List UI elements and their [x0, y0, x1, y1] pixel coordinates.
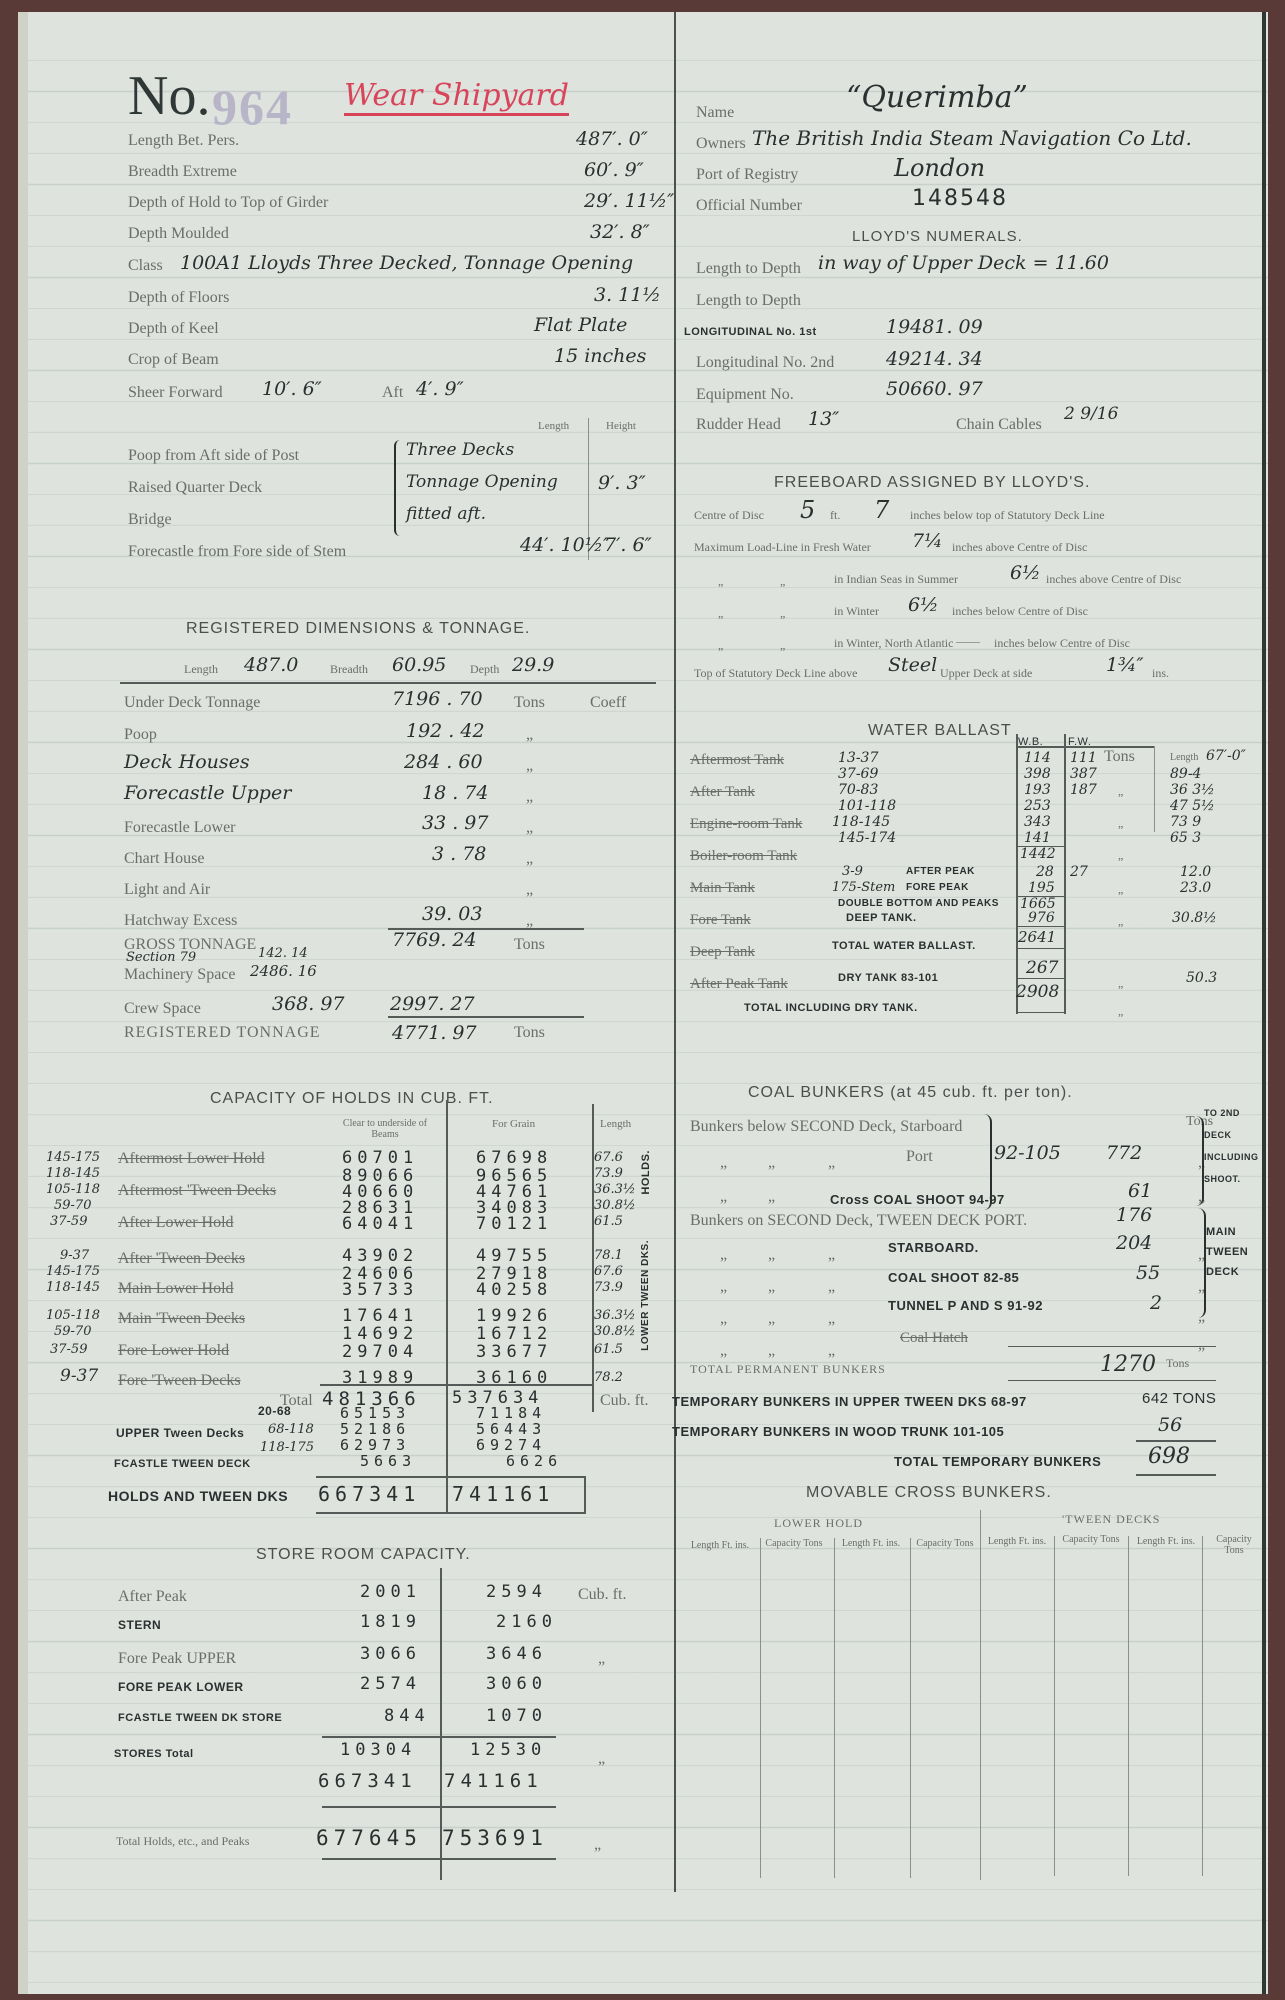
superstructure-height: 7′. 6″ [604, 534, 652, 556]
registered-title: REGISTERED DIMENSIONS & TONNAGE. [186, 620, 530, 638]
frames: 59-70 [54, 1198, 91, 1213]
top-label: Top of Statutory Deck Line above [694, 666, 857, 681]
official-number: 148548 [912, 186, 1008, 211]
fresh-value: 7¼ [912, 530, 943, 552]
col-header: Capacity Tons [914, 1538, 976, 1549]
frames: 9-37 [60, 1366, 98, 1386]
dim-label: Class [128, 257, 163, 275]
holds-tween-sum-label: HOLDS AND TWEEN DKS [108, 1488, 288, 1504]
reg-length-label: Length [184, 662, 218, 677]
rule [1016, 926, 1064, 927]
rule [320, 1384, 592, 1386]
numeral-label: LONGITUDINAL No. 1st [684, 326, 817, 338]
ditto: „ [768, 1188, 775, 1206]
tank-desc: DEEP TANK. [846, 912, 917, 924]
frames: 37-59 [50, 1342, 87, 1357]
clear-value: 29704 [342, 1342, 418, 1362]
numeral-value: 50660. 97 [886, 378, 983, 400]
length-value: 65 3 [1170, 830, 1201, 846]
top-mid: Upper Deck at side [940, 666, 1032, 681]
col-divider [760, 1538, 761, 1878]
rule [316, 1512, 586, 1514]
col-divider [1202, 1536, 1203, 1876]
col-header: Capacity Tons [764, 1538, 824, 1549]
carry-a: 667341 [318, 1770, 417, 1792]
temp-total-value: 698 [1148, 1444, 1190, 1469]
clear-value: 35733 [342, 1280, 418, 1300]
frames: 118-145 [832, 814, 890, 830]
ditto: „ [720, 1342, 727, 1360]
superstructure-length: fitted aft. [406, 504, 486, 524]
rule [388, 1016, 584, 1018]
length-value: 36.3½ [594, 1182, 636, 1197]
numeral-value: 19481. 09 [886, 316, 983, 338]
struck-label: After Lower Hold [118, 1214, 234, 1232]
group-holds-label: HOLDS. [640, 1150, 652, 1195]
coal-on-tons: 176 [1116, 1204, 1152, 1226]
upper-frames: 20-68 [258, 1404, 291, 1418]
dim-label: Depth Moulded [128, 225, 229, 243]
wb-value: 976 [1028, 910, 1055, 926]
col-header: Length Ft. ins. [984, 1536, 1050, 1547]
struck-label: Aftermost Lower Hold [118, 1150, 265, 1168]
store-a: 2001 [360, 1582, 421, 1602]
port-value: London [894, 154, 985, 182]
ditto: „ [780, 574, 785, 589]
indian-tail: inches above Centre of Disc [1046, 572, 1181, 587]
length-value: 67′-0″ [1206, 748, 1246, 764]
ditto: „ [828, 1278, 835, 1296]
tonnage-value: 18 . 74 [422, 782, 488, 804]
store-label: STERN [118, 1618, 161, 1632]
rule [1136, 1440, 1216, 1442]
upper-tween-label: UPPER Tween Decks [116, 1426, 244, 1440]
length-value: 61.5 [594, 1342, 623, 1357]
winter-tail: inches below Centre of Disc [952, 604, 1088, 619]
frames: 105-118 [46, 1182, 100, 1197]
clear-value: 17641 [342, 1306, 418, 1326]
ft-label: ft. [830, 508, 840, 523]
ship-name: “Querimba” [846, 80, 1028, 115]
numeral-label: Length to Depth [696, 260, 801, 278]
struck-label: Engine-room Tank [690, 816, 802, 833]
struck-label: Fore 'Tween Decks [118, 1372, 241, 1390]
wb-value: 253 [1024, 798, 1051, 814]
reg-depth-label: Depth [470, 662, 499, 677]
ditto: „ [828, 1342, 835, 1360]
deductions-value: 2997. 27 [390, 993, 475, 1015]
store-b: 2594 [486, 1582, 547, 1602]
frames: 145-174 [838, 830, 896, 846]
tonnage-label: Hatchway Excess [124, 912, 237, 930]
length-value: 12.0 [1180, 864, 1211, 880]
struck-label: Boiler-room Tank [690, 848, 797, 865]
holds-tween-sum-clear: 667341 [318, 1482, 420, 1506]
length-value: 78.1 [594, 1248, 623, 1263]
superstructure-label: Poop from Aft side of Post [128, 447, 299, 465]
na-label: in Winter, North Atlantic [834, 636, 953, 651]
temp1-label: TEMPORARY BUNKERS IN UPPER TWEEN DKS 68-… [672, 1394, 1027, 1409]
reg-length: 487.0 [244, 654, 298, 676]
col-header: Capacity Tons [1058, 1534, 1124, 1545]
coal-title: COAL BUNKERS (at 45 cub. ft. per ton). [748, 1084, 1073, 1102]
ditto: „ [720, 1188, 727, 1206]
sheer-aft-label: Aft [382, 384, 403, 402]
ditto: „ [828, 1246, 835, 1264]
struck-label: Fore Lower Hold [118, 1342, 229, 1360]
col-divider [834, 1538, 835, 1878]
tonnage-label: Poop [124, 726, 157, 744]
sheer-forward-label: Sheer Forward [128, 384, 223, 402]
col-header: Length Ft. ins. [838, 1538, 904, 1549]
wb-value: 195 [1028, 880, 1055, 896]
grain-value: 16712 [476, 1324, 552, 1344]
stamp-number: 964 [212, 78, 293, 136]
movable-title: MOVABLE CROSS BUNKERS. [806, 1484, 1052, 1502]
col-divider [446, 1100, 448, 1512]
frames: 145-175 [46, 1264, 100, 1279]
superstructure-label: Forecastle from Fore side of Stem [128, 543, 346, 561]
indian-value: 6½ [1010, 562, 1041, 584]
store-a: 1819 [360, 1612, 421, 1632]
tons-unit: Tons [514, 936, 545, 954]
holds-tween-sum-grain: 741161 [452, 1482, 554, 1506]
ditto: „ [768, 1154, 775, 1172]
store-a: 2574 [360, 1674, 421, 1694]
col-divider [910, 1538, 911, 1878]
upper-frames: 118-175 [260, 1440, 314, 1455]
coal-port-frames: 92-105 [994, 1142, 1061, 1164]
name-label: Name [696, 104, 734, 122]
chain-label: Chain Cables [956, 416, 1042, 434]
coal-tunnel-tons: 2 [1150, 1292, 1162, 1314]
length-value: 36.3½ [594, 1308, 636, 1323]
ditto: „ [720, 1154, 727, 1172]
reg-breadth: 60.95 [392, 654, 446, 676]
port-label: Port of Registry [696, 166, 798, 184]
coal-on-label: Bunkers on SECOND Deck, TWEEN DECK PORT. [690, 1212, 1027, 1230]
length-value: 67.6 [594, 1150, 623, 1165]
crew-value: 368. 97 [272, 993, 345, 1015]
length-value: 67.6 [594, 1264, 623, 1279]
rule [1016, 978, 1064, 979]
grand-total-b: 753691 [442, 1826, 548, 1850]
struck-label: Aftermost Tank [690, 752, 784, 769]
dim-value: 29′. 11½″ [584, 190, 674, 212]
brace [1196, 1208, 1206, 1318]
superstructure-height: 9′. 3″ [598, 472, 646, 494]
ditto: „ [780, 606, 785, 621]
ditto: „ [768, 1310, 775, 1328]
length-value: 73.9 [594, 1280, 623, 1295]
ditto: „ [1118, 1004, 1123, 1019]
store-a: 844 [384, 1706, 430, 1726]
length-value: 23.0 [1180, 880, 1211, 896]
dry-tank-value: 267 [1026, 958, 1058, 978]
winter-label: in Winter [834, 604, 879, 619]
length-value: 30.8½ [594, 1198, 636, 1213]
ditto: „ [768, 1246, 775, 1264]
grain-value: 33677 [476, 1342, 552, 1362]
col-clear: Clear to underside of Beams [330, 1118, 440, 1140]
superstructure-length: 44′. 10½″ [520, 534, 610, 556]
superstructure-label: Bridge [128, 511, 172, 529]
net-value: 4771. 97 [392, 1022, 477, 1044]
sheer-forward-value: 10′. 6″ [262, 378, 322, 400]
dim-value: 3. 11½ [594, 284, 661, 306]
dim-label: Depth of Keel [128, 320, 219, 338]
grand-total-label: Total Holds, etc., and Peaks [116, 1834, 249, 1849]
page-left-edge [18, 12, 28, 1994]
ditto: „ [768, 1342, 775, 1360]
stores-total-label: STORES Total [114, 1748, 194, 1760]
page-right-edge [1262, 12, 1266, 1994]
freeboard-title: FREEBOARD ASSIGNED BY LLOYD'S. [774, 474, 1090, 492]
frames: 37-59 [50, 1214, 87, 1229]
dim-value: Flat Plate [534, 314, 627, 336]
rule [316, 1476, 586, 1478]
dim-label: Breadth Extreme [128, 163, 237, 181]
coal-port-tons: 772 [1106, 1142, 1142, 1164]
ditto: „ [720, 1310, 727, 1328]
official-label: Official Number [696, 197, 802, 215]
machinery-value: 2486. 16 [250, 962, 317, 980]
numeral-value: 49214. 34 [886, 348, 983, 370]
struck-label: After 'Tween Decks [118, 1250, 245, 1268]
rule [1008, 1346, 1216, 1347]
fw-value: 387 [1070, 766, 1097, 782]
tonnage-label: Light and Air [124, 881, 210, 899]
ditto: „ [594, 1836, 601, 1854]
struck-label: Main Tank [690, 880, 755, 897]
group-tween-decks: 'TWEEN DECKS [1062, 1512, 1160, 1527]
fw-right-rule [1154, 746, 1155, 832]
fw-value: 187 [1070, 782, 1097, 798]
frames: 175-Stem [832, 880, 895, 895]
tonnage-label: Forecastle Upper [124, 782, 291, 804]
superstructure-length: Three Decks [406, 440, 514, 460]
tonnage-value: 284 . 60 [404, 751, 483, 773]
numeral-value: in way of Upper Deck = 11.60 [818, 252, 1109, 274]
col-height: Height [606, 420, 636, 432]
tank-desc: DOUBLE BOTTOM AND PEAKS [838, 898, 999, 909]
cubft-unit: Cub. ft. [600, 1392, 648, 1410]
frames: 37-69 [838, 766, 878, 782]
tons-unit: Tons [514, 1024, 545, 1042]
ditto: „ [598, 1650, 605, 1668]
tonnage-label: Under Deck Tonnage [124, 694, 260, 712]
rule [322, 1858, 556, 1860]
frames: 118-145 [46, 1280, 100, 1295]
reg-breadth-label: Breadth [330, 662, 368, 677]
total-including-dry-value: 2908 [1016, 982, 1059, 1002]
length-value: 73 9 [1170, 814, 1201, 830]
net-label: REGISTERED TONNAGE [124, 1024, 321, 1042]
na-value: —— [956, 634, 980, 649]
length-value: 78.2 [594, 1370, 623, 1385]
fcastle-grain: 6626 [506, 1452, 562, 1470]
coeff-label: Coeff [590, 694, 626, 712]
tank-desc: FORE PEAK [906, 882, 969, 893]
tonnage-label: Chart House [124, 850, 204, 868]
wb-value: 193 [1024, 782, 1051, 798]
coal-note-upper: TO 2ND DECK INCLUDING SHOOT. [1204, 1102, 1260, 1190]
shipyard-name: Wear Shipyard [344, 78, 569, 116]
dim-label: Depth of Hold to Top of Girder [128, 194, 328, 212]
tonnage-value: 192 . 42 [406, 720, 485, 742]
indian-label: in Indian Seas in Summer [834, 572, 958, 587]
store-b: 1070 [486, 1706, 547, 1726]
col-length: Length [600, 1118, 631, 1130]
tonnage-label: Forecastle Lower [124, 819, 236, 837]
dim-value: 60′. 9″ [584, 159, 644, 181]
struck-label: After Tank [690, 784, 755, 801]
tonnage-value: 33 . 97 [422, 812, 488, 834]
col-divider [1128, 1536, 1129, 1876]
store-label: FORE PEAK LOWER [118, 1680, 244, 1694]
ditto: „ [828, 1310, 835, 1328]
frames: 145-175 [46, 1150, 100, 1165]
sheer-aft-value: 4′. 9″ [416, 378, 464, 400]
wb-value: 343 [1024, 814, 1051, 830]
brace [1194, 1116, 1204, 1206]
rule [1136, 1474, 1216, 1476]
ditto: „ [1118, 914, 1123, 929]
ledger-page [18, 12, 1268, 1994]
numeral-label: Length to Depth [696, 292, 801, 310]
frames: 3-9 [842, 864, 863, 879]
dim-value: 15 inches [554, 345, 646, 367]
temp2-label: TEMPORARY BUNKERS IN WOOD TRUNK 101-105 [672, 1424, 1004, 1439]
group-lower-tween-label: LOWER TWEEN DKS. [640, 1240, 651, 1351]
ditto: „ [526, 788, 533, 806]
col-header: Length Ft. ins. [690, 1540, 750, 1551]
temp-total-label: TOTAL TEMPORARY BUNKERS [894, 1454, 1101, 1469]
ditto: „ [526, 819, 533, 837]
winter-value: 6½ [908, 594, 939, 616]
rule [322, 1806, 556, 1808]
grand-total-a: 677645 [316, 1826, 422, 1850]
rule [1008, 1380, 1216, 1381]
coal-stbd-label: STARBOARD. [888, 1240, 979, 1255]
reg-depth: 29.9 [512, 654, 554, 676]
coal-cross-tons: 61 [1128, 1180, 1152, 1202]
col-divider [592, 1384, 594, 1412]
col-length: Length [538, 420, 569, 432]
wb-value: 114 [1024, 750, 1051, 766]
section-value: 142. 14 [258, 946, 308, 961]
struck-label: Main 'Tween Decks [118, 1310, 245, 1328]
store-label: FCASTLE TWEEN DK STORE [118, 1712, 282, 1724]
ditto: „ [598, 1750, 605, 1768]
dim-label: Depth of Floors [128, 289, 229, 307]
ditto: „ [720, 1246, 727, 1264]
owners-value: The British India Steam Navigation Co Lt… [752, 126, 1192, 150]
tonnage-value: 39. 03 [422, 903, 482, 925]
numerals-title: LLOYD'S NUMERALS. [852, 228, 1023, 245]
rudder-label: Rudder Head [696, 416, 781, 434]
owners-label: Owners [696, 135, 746, 153]
tank-desc: AFTER PEAK [906, 866, 975, 877]
top-material: Steel [888, 654, 937, 676]
disc-in: 7 [874, 496, 889, 524]
frames: 101-118 [838, 798, 896, 814]
ditto: „ [1118, 848, 1123, 863]
col-header: Capacity Tons [1206, 1534, 1262, 1556]
permanent-total-value: 1270 [1100, 1352, 1156, 1377]
store-label: After Peak [118, 1588, 187, 1606]
coal-stbd-tons: 204 [1116, 1232, 1152, 1254]
clear-value: 43902 [342, 1246, 418, 1266]
ditto: „ [720, 1278, 727, 1296]
group-lower-hold: LOWER HOLD [774, 1516, 863, 1531]
ditto: „ [526, 757, 533, 775]
numeral-label: Equipment No. [696, 386, 794, 404]
machinery-label: Machinery Space [124, 966, 236, 984]
stores-total-b: 12530 [470, 1740, 546, 1760]
total-including-dry-label: TOTAL INCLUDING DRY TANK. [744, 1002, 918, 1014]
fresh-label: Maximum Load-Line in Fresh Water [694, 540, 871, 555]
rudder-value: 13″ [808, 408, 839, 430]
ditto: „ [1118, 976, 1123, 991]
dry-tank-length: 50.3 [1186, 970, 1217, 986]
coal-port-label: Port [906, 1148, 933, 1166]
length-value: 47 5½ [1170, 798, 1215, 814]
crew-label: Crew Space [124, 1000, 201, 1018]
ditto: „ [718, 638, 723, 653]
disc-label: Centre of Disc [694, 508, 764, 523]
dim-label: Length Bet. Pers. [128, 132, 239, 150]
temp2-value: 56 [1158, 1414, 1182, 1436]
upper-frames: 68-118 [268, 1422, 314, 1437]
ditto: „ [718, 574, 723, 589]
ballast-title: WATER BALLAST [868, 722, 1012, 740]
store-a: 3066 [360, 1644, 421, 1664]
carry-b: 741161 [444, 1770, 543, 1792]
wb-left-rule [1016, 734, 1018, 1014]
fw-value: 27 [1070, 864, 1088, 880]
struck-label: Deep Tank [690, 944, 755, 961]
fresh-tail: inches above Centre of Disc [952, 540, 1087, 555]
length-value: 61.5 [594, 1214, 623, 1229]
frames: 59-70 [54, 1324, 91, 1339]
holds-title: CAPACITY OF HOLDS IN CUB. FT. [210, 1090, 494, 1108]
fw-value: 111 [1070, 750, 1097, 766]
disc-ft: 5 [800, 496, 815, 524]
class-value: 100A1 Lloyds Three Decked, Tonnage Openi… [180, 252, 633, 274]
fcastle-clear: 5663 [360, 1452, 416, 1470]
total-ballast-value: 2641 [1018, 928, 1056, 946]
tonnage-value: 3 . 78 [432, 843, 486, 865]
dry-tank-label: DRY TANK 83-101 [838, 972, 938, 984]
store-b: 2160 [496, 1612, 557, 1632]
coal-shoot-label: COAL SHOOT 82-85 [888, 1270, 1019, 1285]
frames: 70-83 [838, 782, 878, 798]
rule [120, 682, 656, 684]
tonnage-label: Deck Houses [124, 751, 250, 773]
ditto: „ [1198, 1336, 1205, 1354]
total-ballast-label: TOTAL WATER BALLAST. [832, 940, 976, 952]
tons-unit: Tons [514, 694, 545, 712]
length-value: 30.8½ [1172, 910, 1217, 926]
wb-value: 1442 [1020, 846, 1056, 862]
col-divider [584, 1476, 586, 1514]
struck-label: Main Lower Hold [118, 1280, 234, 1298]
col-header: Length Ft. ins. [1132, 1536, 1200, 1547]
superstructure-label: Raised Quarter Deck [128, 479, 262, 497]
grain-value: 40258 [476, 1280, 552, 1300]
col-divider [1054, 1536, 1055, 1876]
